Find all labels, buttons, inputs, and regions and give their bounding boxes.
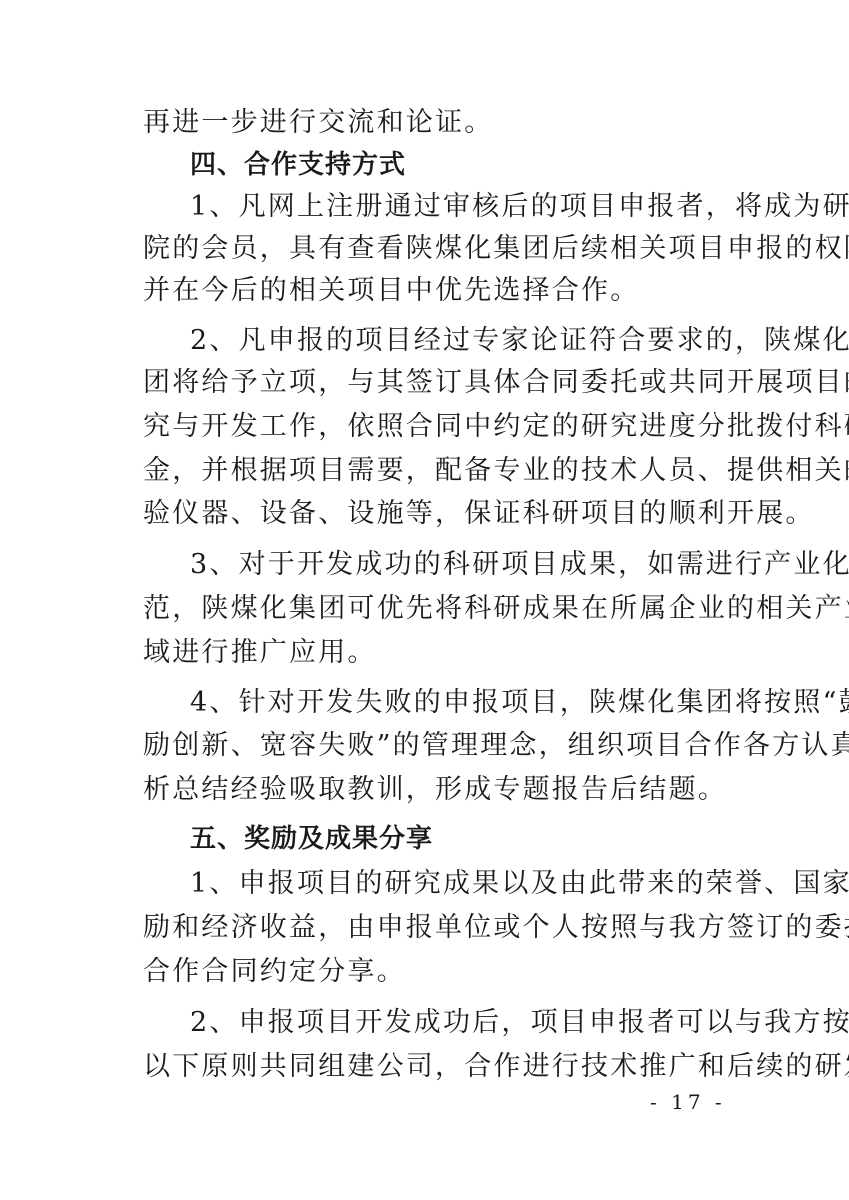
paragraph-line: 4、针对开发失败的申报项目，陕煤化集团将按照“鼓 <box>190 686 747 720</box>
paragraph-line: 金，并根据项目需要，配备专业的技术人员、提供相关的实 <box>143 454 747 488</box>
paragraph-line: 1、申报项目的研究成果以及由此带来的荣誉、国家奖 <box>190 867 747 901</box>
paragraph-line: 2、凡申报的项目经过专家论证符合要求的，陕煤化集 <box>190 324 747 358</box>
section-heading-5: 五、奖励及成果分享 <box>190 822 433 856</box>
paragraph-line: 3、对于开发成功的科研项目成果，如需进行产业化示 <box>190 548 747 582</box>
paragraph-line: 验仪器、设备、设施等，保证科研项目的顺利开展。 <box>143 497 747 531</box>
document-page: 再进一步进行交流和论证。 四、合作支持方式 1、凡网上注册通过审核后的项目申报者… <box>0 0 849 1200</box>
section-heading-4: 四、合作支持方式 <box>190 148 406 182</box>
paragraph-line: 1、凡网上注册通过审核后的项目申报者，将成为研究 <box>190 190 747 224</box>
paragraph-line: 并在今后的相关项目中优先选择合作。 <box>143 274 747 308</box>
paragraph-line: 再进一步进行交流和论证。 <box>143 106 747 140</box>
paragraph-line: 究与开发工作，依照合同中约定的研究进度分批拨付科研资 <box>143 410 747 444</box>
page-number: - 17 - <box>650 1090 726 1114</box>
paragraph-line: 励和经济收益，由申报单位或个人按照与我方签订的委托或 <box>143 911 747 945</box>
paragraph-line: 以下原则共同组建公司，合作进行技术推广和后续的研发工 <box>143 1050 747 1084</box>
paragraph-line: 院的会员，具有查看陕煤化集团后续相关项目申报的权限， <box>143 232 747 266</box>
paragraph-line: 励创新、宽容失败”的管理理念，组织项目合作各方认真分 <box>143 729 747 763</box>
paragraph-line: 域进行推广应用。 <box>143 636 747 670</box>
paragraph-line: 析总结经验吸取教训，形成专题报告后结题。 <box>143 773 747 807</box>
paragraph-line: 范，陕煤化集团可优先将科研成果在所属企业的相关产业领 <box>143 592 747 626</box>
paragraph-line: 团将给予立项，与其签订具体合同委托或共同开展项目的研 <box>143 366 747 400</box>
paragraph-line: 合作合同约定分享。 <box>143 955 747 989</box>
paragraph-line: 2、申报项目开发成功后，项目申报者可以与我方按照 <box>190 1006 747 1040</box>
